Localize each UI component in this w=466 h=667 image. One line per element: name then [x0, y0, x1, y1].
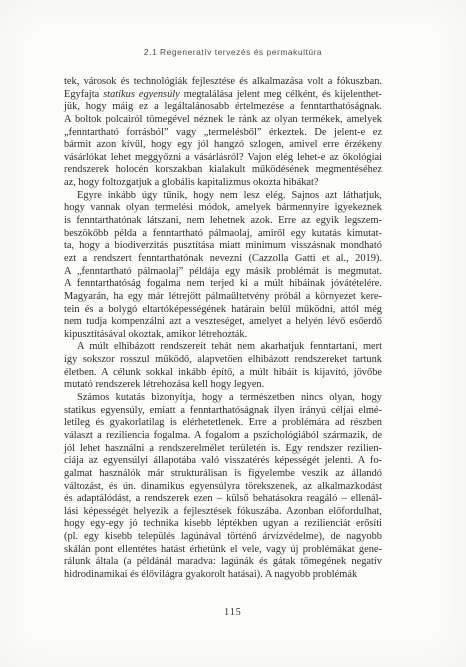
text-line: az, hogy foltozgatjuk a globális kapital… — [64, 177, 382, 190]
text-line: ciája az egyensúlyi állapotába való viss… — [64, 455, 382, 468]
text-line: vásárlókat lehet meggyőzni a vásárlásról… — [64, 152, 382, 165]
text-line: A boltok polcairól tömegével néznek le r… — [64, 114, 382, 127]
text-line: (pl. egy kisebb település lagúnával tört… — [64, 531, 382, 544]
text-line: jól lehet használni a rendszerelmélet te… — [64, 443, 382, 456]
text-line: ta, hogy a biodiverzitás pusztítása miat… — [64, 240, 382, 253]
text-line: ezt a rendszert fenntarthatónak nevezni … — [64, 253, 382, 266]
text-line: A múlt elhibázott rendszereit tehát nem … — [64, 341, 382, 354]
text-line: nem tudja kompenzálni azt a veszteséget,… — [64, 316, 382, 329]
text-line: hogy vannak olyan termelési módok, amely… — [64, 202, 382, 215]
text-line: hogy egy-egy jó technika kisebb léptékbe… — [64, 518, 382, 531]
text-line: és adaptálódást, a rendszerek ezen – kül… — [64, 493, 382, 506]
text-line: A „fenntartható pálmaolaj” példája egy m… — [64, 266, 382, 279]
text-line: „fenntartható forrásból” vagy „termelésb… — [64, 127, 382, 140]
text-line: is fenntarthatónak látszani, nem lehetne… — [64, 215, 382, 228]
running-header: 2.1 Regeneratív tervezés és permakultúra — [0, 47, 466, 57]
text-line: Egyre inkább úgy tűnik, hogy nem lesz el… — [64, 190, 382, 203]
book-page: 2.1 Regeneratív tervezés és permakultúra… — [0, 0, 466, 667]
text-line: életben. A célunk sokkal inkább építő, a… — [64, 367, 382, 380]
text-line: így sokszor rosszul működő, alapvetően e… — [64, 354, 382, 367]
text-line: Magyarán, ha egy már létrejött pálmaülte… — [64, 291, 382, 304]
text-line: statikus egyensúly, emiatt a fenntarthat… — [64, 405, 382, 418]
text-line: kipusztításával okoztak, amikor létrehoz… — [64, 329, 382, 342]
text-line: lási képességét helyezik a fejlesztések … — [64, 506, 382, 519]
text-line: Számos kutatás bizonyítja, hogy a termés… — [64, 392, 382, 405]
text-line: skálán pont ellentétes hatást érhetünk e… — [64, 544, 382, 557]
body-text: tek, városok és technológiák fejlesztése… — [64, 76, 382, 582]
text-line: galmat használók már strukturálisan is f… — [64, 468, 382, 481]
text-line: választ a reziliencia fogalma. A fogalom… — [64, 430, 382, 443]
text-line: tek, városok és technológiák fejlesztése… — [64, 76, 382, 89]
text-line: változást, és ún. dinamikus egyensúlyra … — [64, 481, 382, 494]
text-line: hidrodinamikai és élővilágra gyakorolt h… — [64, 569, 382, 582]
text-line: beszökőbb példa a fenntartható pálmaolaj… — [64, 228, 382, 241]
text-line: Egyfajta statikus egyensúly megtalálása … — [64, 89, 382, 102]
text-line: rendszerek holocén korszakban kialakult … — [64, 164, 382, 177]
text-line: rálunk általa (a példánál maradva: lagún… — [64, 556, 382, 569]
page-number: 115 — [0, 607, 466, 618]
text-line: bármit azon kívül, hogy egy jól hangzó s… — [64, 139, 382, 152]
text-line: jük, hogy máig ez a legáltalánosabb érte… — [64, 101, 382, 114]
text-line: mutató rendszerek létrehozása kell hogy … — [64, 379, 382, 392]
text-line: letileg és gyakorlatilag is elérhetetlen… — [64, 417, 382, 430]
text-line: tein és a bolygó eltartóképességének hat… — [64, 304, 382, 317]
text-line: A fenntarthatóság fogalma nem terjed ki … — [64, 278, 382, 291]
